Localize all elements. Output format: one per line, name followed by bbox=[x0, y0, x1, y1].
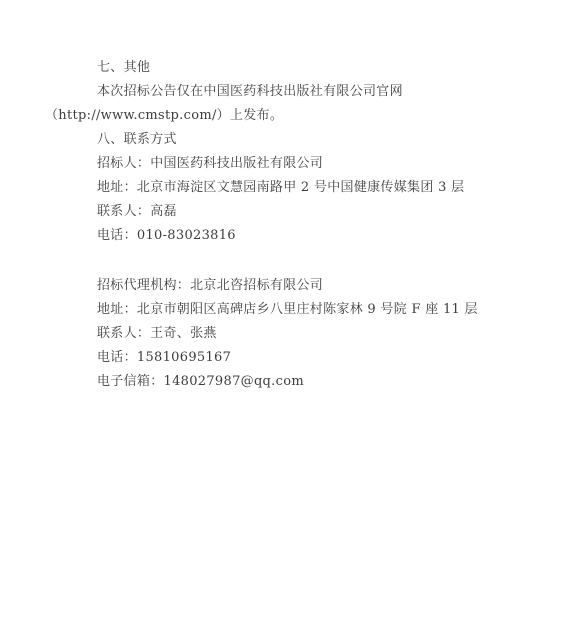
document-page: 七、其他 本次招标公告仅在中国医药科技出版社有限公司官网 （http://www… bbox=[0, 0, 584, 641]
tenderer-address-line: 地址：北京市海淀区文慧园南路甲 2 号中国健康传媒集团 3 层 bbox=[45, 176, 584, 200]
announcement-paragraph-line-2-url: （http://www.cmstp.com/）上发布。 bbox=[45, 104, 584, 128]
agency-contact-person-line: 联系人：王奇、张燕 bbox=[45, 322, 584, 346]
tenderer-name-line: 招标人：中国医药科技出版社有限公司 bbox=[45, 152, 584, 176]
agency-phone-line: 电话：15810695167 bbox=[45, 346, 584, 370]
announcement-paragraph-line-1: 本次招标公告仅在中国医药科技出版社有限公司官网 bbox=[45, 80, 584, 104]
document-content: 七、其他 本次招标公告仅在中国医药科技出版社有限公司官网 （http://www… bbox=[45, 56, 584, 394]
section-heading-other: 七、其他 bbox=[45, 56, 584, 80]
tenderer-phone-line: 电话：010-83023816 bbox=[45, 224, 584, 248]
agency-email-line: 电子信箱：148027987@qq.com bbox=[45, 370, 584, 394]
agency-name-line: 招标代理机构：北京北咨招标有限公司 bbox=[45, 274, 584, 298]
section-heading-contact: 八、联系方式 bbox=[45, 128, 584, 152]
agency-address-line: 地址：北京市朝阳区高碑店乡八里庄村陈家林 9 号院 F 座 11 层 bbox=[45, 298, 584, 322]
tenderer-contact-person-line: 联系人：高磊 bbox=[45, 200, 584, 224]
paragraph-spacer bbox=[45, 248, 584, 274]
